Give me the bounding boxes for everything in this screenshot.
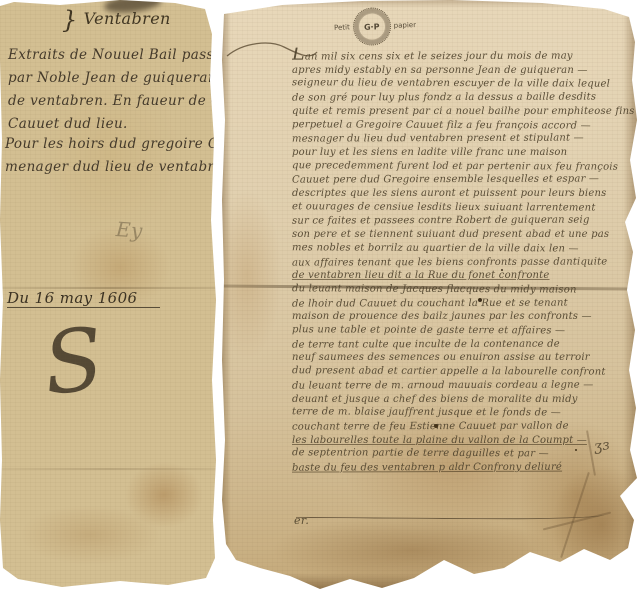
manuscript-line: pour luy et les siens en ladite ville fr… [292,146,634,160]
manuscript-line: mesnager du lieu dud ventabren present e… [292,132,634,147]
manuscript-line: de lhoir dud Cauuet du couchant la Rue e… [292,296,634,311]
manuscript-line: seigneur du lieu de ventabren escuyer de… [292,77,634,92]
manuscript-line: de septentrion partie de terre daguilles… [292,447,634,462]
fiscal-stamp: Petit G·P papier [333,2,442,50]
stain [125,462,203,528]
stain [272,515,552,585]
stamp-monogram: G·P [364,22,380,32]
document-date: Du 16 may 1606 [7,289,160,307]
manuscript-line: de son gré pour luy plus fondz a la dess… [292,91,634,106]
manuscript-line: son pere et se tiennent suiuant dud pres… [292,228,634,242]
manuscript-line: sur ce faites et passees contre Robert d… [292,214,634,229]
paraph-flourish: S [39,309,108,415]
manuscript-line: neuf saumees des semences ou enuiron ass… [292,351,634,365]
faint-pen-mark: Ey [115,217,143,243]
manuscript-line: baste du feu des ventabren p aldr Confro… [292,460,634,475]
stain [212,190,282,360]
brace-mark: } [62,6,78,34]
manuscript-line: Cauuet pere dud Gregoire ensemble lesque… [292,173,634,188]
manuscript-line: du leuant terre de m. arnoud mauuais cor… [292,378,634,393]
manuscript-line: les labourelles toute la plaine du vallo… [292,434,634,448]
manuscript-line: aux affaires tenant que les biens confro… [292,255,634,270]
notary-paraphe: ʒɜ [593,437,611,455]
closing-rule [296,509,604,520]
manuscript-line: terre de m. blaise jauffrent jusque et l… [292,406,634,421]
manuscript-line: mes nobles et borrilz au quartier de la … [292,241,634,256]
manuscript-line: apres midy estably en sa personne Jean d… [292,64,634,78]
page-title: }Ventabren [62,6,171,34]
manuscript-line: quite et remis present par ci a nouel ba… [292,105,634,119]
docket-line: Pour les hoirs dud gregoire Cauuet [5,133,259,156]
fold-crease [0,468,219,470]
right-parchment-page: Petit G·P papier Lan mil six cens six et… [222,0,637,591]
end-mark: er. [294,514,309,527]
left-parchment-page: }Ventabren Extraits de Nouuel Bail passé… [0,0,219,591]
manuscript-body: Lan mil six cens six et le seizes jour d… [292,47,634,475]
manuscript-line: plus une table et pointe de gaste terre … [292,323,634,338]
manuscript-line: Lan mil six cens six et le seizes jour d… [292,46,634,64]
ink-specks [478,298,482,302]
manuscript-scan: }Ventabren Extraits de Nouuel Bail passé… [0,0,637,591]
manuscript-line: couchant terre de feu Estienne Cauuet pa… [292,419,634,434]
stamp-right-text: papier [394,22,417,30]
place-name: Ventabren [84,9,171,28]
stain [20,505,160,565]
docket-line: menager dud lieu de ventabren. [5,156,259,179]
manuscript-line: du leuant maison de Jacques flacques du … [292,282,634,297]
stamp-left-text: Petit [334,24,350,32]
manuscript-line: de ventabren lieu dit a la Rue du fonet … [292,269,634,283]
heirs-note: Pour les hoirs dud gregoire Cauuetmenage… [5,133,259,179]
manuscript-line: dud present abad et cartier appelle a la… [292,364,634,379]
manuscript-line: deuant et jusque a chef des biens de mor… [292,393,634,407]
manuscript-line: de terre tant culte que inculte de la co… [292,337,634,352]
manuscript-line: maison de prouence des bailz jaunes par … [292,310,634,324]
manuscript-line: descriptes que les siens auront et puiss… [292,187,634,201]
stamp-seal-icon: G·P [352,7,391,46]
